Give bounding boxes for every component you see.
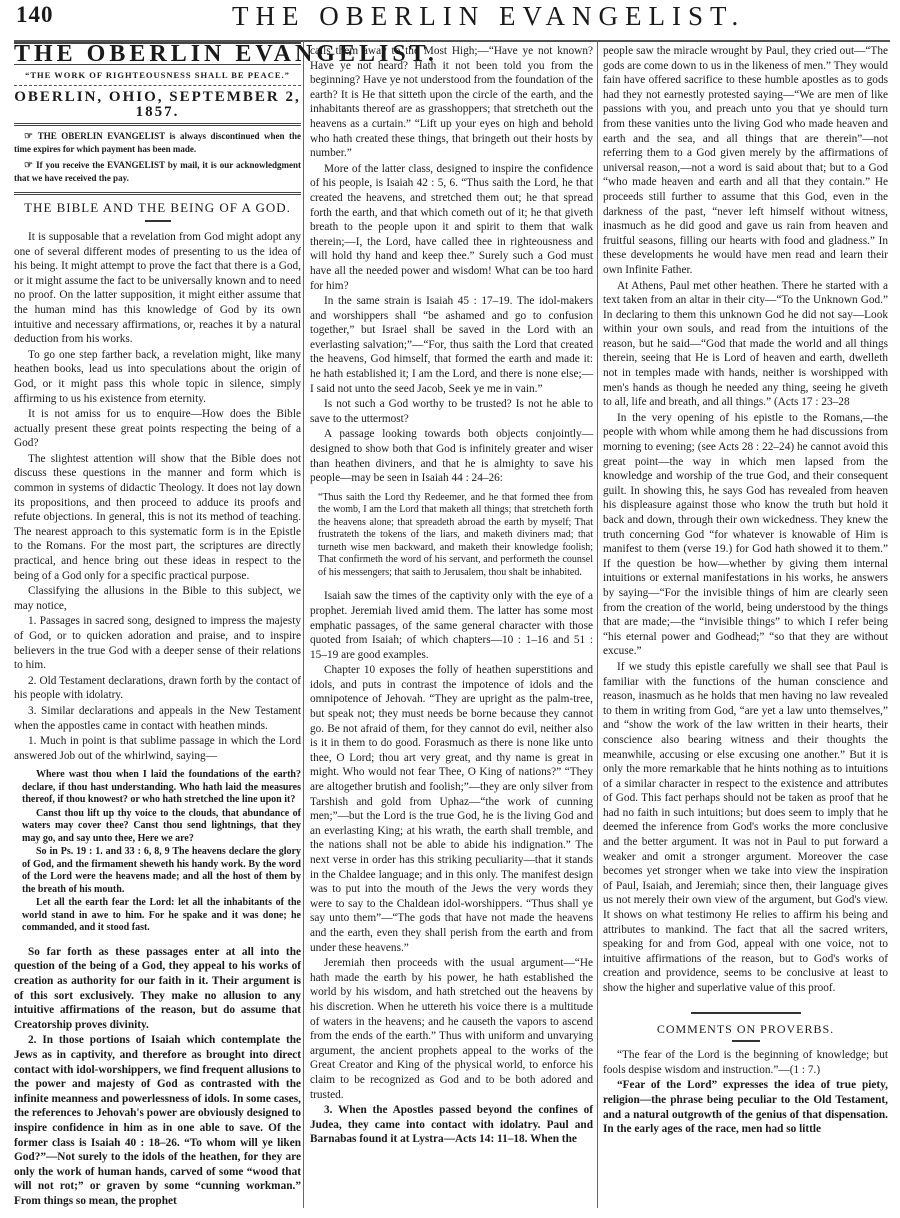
title-rule <box>732 1040 760 1042</box>
paragraph: It is not amiss for us to enquire—How do… <box>14 407 301 451</box>
pointing-hand-icon: ☞ <box>24 160 36 171</box>
paragraph: To go one step farther back, a revelatio… <box>14 348 301 406</box>
paragraph: Isaiah saw the times of the captivity on… <box>310 589 593 662</box>
quote-line: Where wast thou when I laid the foundati… <box>22 769 301 807</box>
masthead-motto: “THE WORK OF RIGHTEOUSNESS SHALL BE PEAC… <box>14 65 301 87</box>
masthead-title: THE OBERLIN EVANGELIST. <box>14 47 301 62</box>
paragraph: 2. Old Testament declarations, drawn for… <box>14 674 301 703</box>
paragraph: A passage looking towards both objects c… <box>310 427 593 485</box>
paragraph: “The fear of the Lord is the beginning o… <box>603 1048 888 1077</box>
column-rule-1 <box>303 40 304 1208</box>
paragraph: Jeremiah then proceeds with the usual ar… <box>310 956 593 1102</box>
paragraph: More of the latter class, designed to in… <box>310 162 593 293</box>
paragraph: At Athens, Paul met other heathen. There… <box>603 279 888 410</box>
quote-line: Let all the earth fear the Lord: let all… <box>22 897 301 935</box>
job-quote: Where wast thou when I laid the foundati… <box>22 769 301 935</box>
page-number: 140 <box>16 2 54 28</box>
proverbs-title: COMMENTS ON PROVERBS. <box>603 1022 888 1037</box>
paragraph: 1. Much in point is that sublime passage… <box>14 734 301 763</box>
paragraph: The slightest attention will show that t… <box>14 452 301 583</box>
pointing-hand-icon: ☞ <box>24 131 38 142</box>
article-title: THE BIBLE AND THE BEING OF A GOD. <box>14 201 301 216</box>
quote-text: “Thus saith the Lord thy Redeemer, and h… <box>318 492 593 580</box>
paragraph: 2. In those portions of Isaiah which con… <box>14 1033 301 1208</box>
paragraph: 3. Similar declarations and appeals in t… <box>14 704 301 733</box>
paragraph: Is not such a God worthy to be trusted? … <box>310 397 593 426</box>
isaiah-quote: “Thus saith the Lord thy Redeemer, and h… <box>318 492 593 580</box>
paragraph: In the very opening of his epistle to th… <box>603 411 888 659</box>
paragraph: people saw the miracle wrought by Paul, … <box>603 44 888 278</box>
dateline: OBERLIN, OHIO, SEPTEMBER 2, 1857. <box>14 86 301 126</box>
quote-line: Canst thou lift up thy voice to the clou… <box>22 808 301 846</box>
paragraph: 1. Passages in sacred song, designed to … <box>14 614 301 672</box>
title-rule <box>145 220 171 222</box>
section-rule <box>14 192 301 195</box>
masthead: THE OBERLIN EVANGELIST. <box>14 42 301 65</box>
quote-line: So in Ps. 19 : 1. and 33 : 6, 8, 9 The h… <box>22 846 301 896</box>
running-title: THE OBERLIN EVANGELIST. <box>232 1 745 32</box>
page-header: 140 THE OBERLIN EVANGELIST. <box>0 0 900 40</box>
paragraph: If we study this epistle carefully we sh… <box>603 660 888 996</box>
column-rule-2 <box>597 40 598 1208</box>
paragraph: “Fear of the Lord” expresses the idea of… <box>603 1078 888 1136</box>
paragraph: 3. When the Apostles passed beyond the c… <box>310 1103 593 1147</box>
section-divider <box>691 1012 801 1014</box>
column-2: calls them away to the Most High;—“Have … <box>310 44 593 1148</box>
paragraph: Chapter 10 exposes the folly of heathen … <box>310 663 593 955</box>
paragraph: calls them away to the Most High;—“Have … <box>310 44 593 161</box>
notice-2: ☞ If you receive the EVANGELIST by mail,… <box>14 159 301 184</box>
paragraph: Classifying the allusions in the Bible t… <box>14 584 301 613</box>
paragraph: It is supposable that a revelation from … <box>14 230 301 347</box>
paragraph: In the same strain is Isaiah 45 : 17–19.… <box>310 294 593 396</box>
column-1: THE OBERLIN EVANGELIST. “THE WORK OF RIG… <box>14 42 301 1210</box>
notice-1: ☞ THE OBERLIN EVANGELIST is always disco… <box>14 130 301 155</box>
paragraph: So far forth as these passages enter at … <box>14 945 301 1033</box>
column-3: people saw the miracle wrought by Paul, … <box>603 44 888 1138</box>
